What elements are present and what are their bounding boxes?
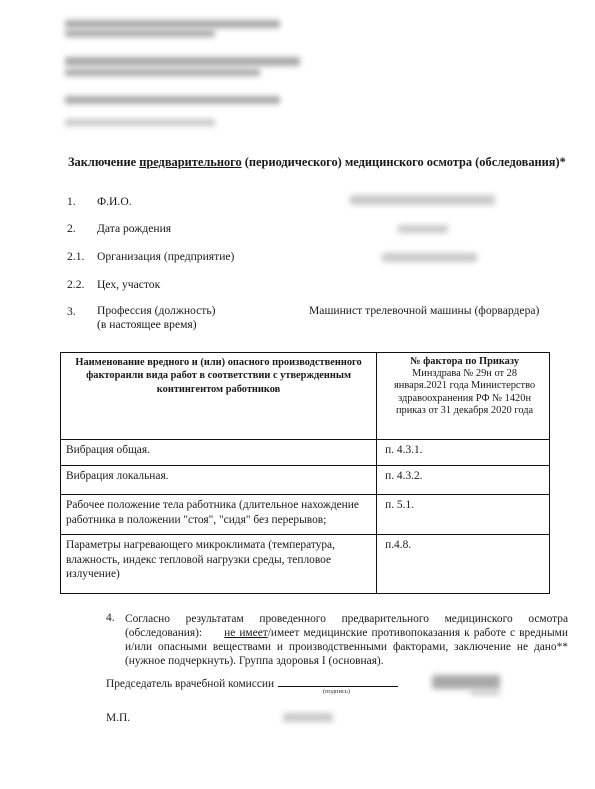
- table-row: Вибрация локальная. п. 4.3.2.: [61, 466, 550, 495]
- factor-code-cell: п. 5.1.: [377, 495, 550, 535]
- table-header-row: Наименование вредного и (или) опасного п…: [61, 353, 550, 440]
- table-row: Рабочее положение тела работника (длител…: [61, 495, 550, 535]
- title-prefix: Заключение: [68, 155, 139, 169]
- field-label-fio: Ф.И.О.: [97, 195, 132, 209]
- field-number: 2.1.: [67, 250, 84, 263]
- redacted-signature-tail: [470, 690, 500, 695]
- field-number: 1.: [67, 195, 76, 208]
- redacted-organization-value: [382, 253, 477, 262]
- factor-name-cell: Вибрация общая.: [61, 440, 377, 466]
- field-number: 2.2.: [67, 278, 84, 291]
- redacted-fio-value: [350, 195, 495, 205]
- redacted-birthdate-value: [398, 225, 448, 233]
- title-underlined: предварительного: [139, 155, 242, 169]
- factor-name-cell: Рабочее положение тела работника (длител…: [61, 495, 377, 535]
- redacted-header-line-2: [65, 30, 215, 37]
- signature-caption: (подпись): [323, 688, 350, 695]
- commission-chair: Председатель врачебной комиссии: [106, 676, 398, 690]
- factor-name-cell: Параметры нагревающего микроклимата (тем…: [61, 535, 377, 594]
- document-title: Заключение предварительного (периодическ…: [68, 155, 588, 170]
- table-row: Вибрация общая. п. 4.3.1.: [61, 440, 550, 466]
- field-label-birthdate: Дата рождения: [97, 222, 171, 236]
- header-factor-number-bold: № фактора по Приказу: [410, 356, 519, 367]
- field-value-profession: Машинист трелевочной машины (форвардера): [309, 304, 539, 317]
- factor-name-cell: Вибрация локальная.: [61, 466, 377, 495]
- harmful-factors-table: Наименование вредного и (или) опасного п…: [60, 352, 550, 594]
- redacted-header-line-5: [65, 96, 280, 104]
- redacted-header-line-6: [65, 119, 215, 126]
- field-number: 2.: [67, 222, 76, 235]
- header-factor-number: № фактора по ПриказуМинздрава № 29н от 2…: [377, 353, 550, 440]
- title-suffix: (периодического) медицинского осмотра (о…: [242, 155, 566, 169]
- factor-code-cell: п. 4.3.2.: [377, 466, 550, 495]
- header-factor-number-rest: Минздрава № 29н от 28 января.2021 года М…: [394, 368, 535, 416]
- conclusion-text: Согласно результатам проведенного предва…: [125, 612, 568, 668]
- conclusion-underlined: не имеет: [224, 627, 268, 639]
- signature-line: [278, 676, 398, 687]
- factor-code-cell: п.4.8.: [377, 535, 550, 594]
- field-label-profession: Профессия (должность) (в настоящее время…: [97, 304, 216, 332]
- field-number: 3.: [67, 305, 76, 318]
- field-label-department: Цех, участок: [97, 278, 160, 292]
- header-factor-name: Наименование вредного и (или) опасного п…: [61, 353, 377, 440]
- redacted-date: [283, 713, 333, 722]
- field-label-organization: Организация (предприятие): [97, 250, 234, 264]
- factor-code-cell: п. 4.3.1.: [377, 440, 550, 466]
- redacted-header-line-3: [65, 57, 300, 66]
- table-row: Параметры нагревающего микроклимата (тем…: [61, 535, 550, 594]
- redacted-header-line-4: [65, 69, 260, 76]
- conclusion-number: 4.: [106, 612, 115, 624]
- redacted-header-line-1: [65, 20, 280, 28]
- chair-label: Председатель врачебной комиссии: [106, 678, 274, 690]
- profession-label-line-1: Профессия (должность): [97, 304, 216, 318]
- profession-label-line-2: (в настоящее время): [97, 318, 216, 332]
- redacted-signature-name: [432, 675, 500, 689]
- stamp-label: М.П.: [106, 712, 130, 724]
